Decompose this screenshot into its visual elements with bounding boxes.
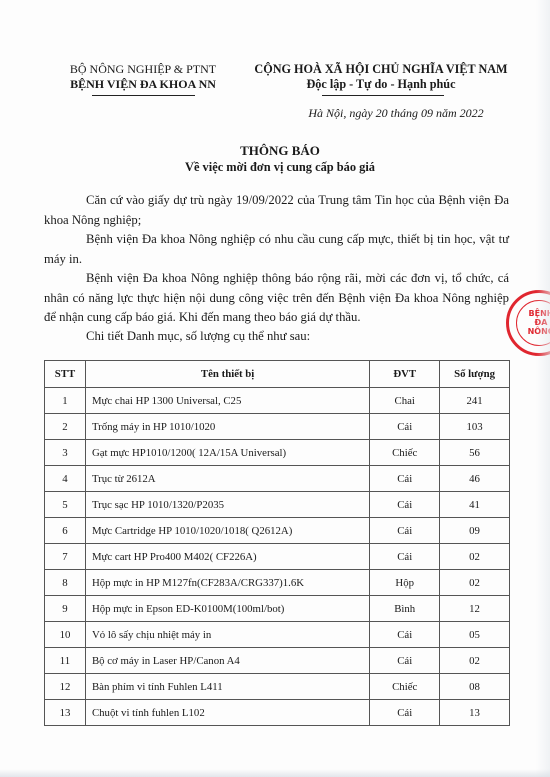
row-equipment-name: Gạt mực HP1010/1200( 12A/15A Universal)	[85, 440, 369, 466]
document-page: BỘ NÔNG NGHIỆP & PTNT BỆNH VIỆN ĐA KHOA …	[0, 0, 550, 777]
paragraph-basis: Căn cứ vào giấy dự trù ngày 19/09/2022 c…	[44, 191, 509, 230]
issuing-organization: BỘ NÔNG NGHIỆP & PTNT BỆNH VIỆN ĐA KHOA …	[58, 62, 228, 92]
paragraph-need: Bệnh viện Đa khoa Nông nghiệp có nhu cầu…	[44, 230, 509, 269]
table-row: 12Bàn phím vi tính Fuhlen L411Chiếc08	[45, 674, 510, 700]
row-unit: Cái	[370, 414, 440, 440]
row-quantity: 08	[440, 674, 510, 700]
table-row: 10Vỏ lô sấy chịu nhiệt máy inCái05	[45, 622, 510, 648]
row-stt: 5	[45, 492, 86, 518]
equipment-table: STT Tên thiết bị ĐVT Số lượng 1Mực chai …	[44, 360, 510, 726]
row-unit: Cái	[370, 518, 440, 544]
scan-edge-shadow	[536, 0, 550, 777]
row-equipment-name: Bộ cơ máy in Laser HP/Canon A4	[85, 648, 369, 674]
row-equipment-name: Trống máy in HP 1010/1020	[85, 414, 369, 440]
scan-bottom-shadow	[0, 769, 550, 777]
row-stt: 8	[45, 570, 86, 596]
row-quantity: 02	[440, 544, 510, 570]
country-name: CỘNG HOÀ XÃ HỘI CHỦ NGHĨA VIỆT NAM	[246, 62, 516, 77]
paragraph-details-intro: Chi tiết Danh mục, số lượng cụ thể như s…	[44, 327, 509, 347]
row-quantity: 241	[440, 388, 510, 414]
header-equipment-name: Tên thiết bị	[85, 361, 369, 388]
row-quantity: 46	[440, 466, 510, 492]
row-stt: 6	[45, 518, 86, 544]
paragraph-invitation: Bệnh viện Đa khoa Nông nghiệp thông báo …	[44, 269, 509, 328]
table-row: 11Bộ cơ máy in Laser HP/Canon A4Cái02	[45, 648, 510, 674]
header-stt: STT	[45, 361, 86, 388]
row-stt: 7	[45, 544, 86, 570]
hospital-name: BỆNH VIỆN ĐA KHOA NN	[58, 77, 228, 92]
row-equipment-name: Mực cart HP Pro400 M402( CF226A)	[85, 544, 369, 570]
row-quantity: 103	[440, 414, 510, 440]
row-unit: Cái	[370, 544, 440, 570]
row-stt: 3	[45, 440, 86, 466]
row-stt: 13	[45, 700, 86, 726]
row-quantity: 09	[440, 518, 510, 544]
motto: Độc lập - Tự do - Hạnh phúc	[246, 77, 516, 92]
table-row: 6Mực Cartridge HP 1010/1020/1018( Q2612A…	[45, 518, 510, 544]
table-row: 13Chuột vi tính fuhlen L102Cái13	[45, 700, 510, 726]
row-unit: Chai	[370, 388, 440, 414]
row-stt: 1	[45, 388, 86, 414]
table-header-row: STT Tên thiết bị ĐVT Số lượng	[45, 361, 510, 388]
row-stt: 2	[45, 414, 86, 440]
row-unit: Cái	[370, 466, 440, 492]
row-quantity: 02	[440, 570, 510, 596]
table-row: 4Trục từ 2612ACái46	[45, 466, 510, 492]
row-quantity: 02	[440, 648, 510, 674]
row-stt: 4	[45, 466, 86, 492]
row-unit: Cái	[370, 648, 440, 674]
row-unit: Cái	[370, 700, 440, 726]
row-equipment-name: Hộp mực in HP M127fn(CF283A/CRG337)1.6K	[85, 570, 369, 596]
motto-underline	[322, 95, 444, 96]
row-equipment-name: Bàn phím vi tính Fuhlen L411	[85, 674, 369, 700]
row-quantity: 41	[440, 492, 510, 518]
row-quantity: 05	[440, 622, 510, 648]
row-equipment-name: Trục từ 2612A	[85, 466, 369, 492]
table-row: 5Trục sạc HP 1010/1320/P2035Cái41	[45, 492, 510, 518]
table-row: 8Hộp mực in HP M127fn(CF283A/CRG337)1.6K…	[45, 570, 510, 596]
document-date: Hà Nội, ngày 20 tháng 09 năm 2022	[246, 106, 546, 121]
row-unit: Cái	[370, 492, 440, 518]
national-motto: CỘNG HOÀ XÃ HỘI CHỦ NGHĨA VIỆT NAM Độc l…	[246, 62, 516, 92]
table-row: 1Mực chai HP 1300 Universal, C25Chai241	[45, 388, 510, 414]
row-unit: Hộp	[370, 570, 440, 596]
row-equipment-name: Mực chai HP 1300 Universal, C25	[85, 388, 369, 414]
document-title: THÔNG BÁO	[0, 143, 550, 159]
row-quantity: 12	[440, 596, 510, 622]
table-row: 2Trống máy in HP 1010/1020Cái103	[45, 414, 510, 440]
row-stt: 9	[45, 596, 86, 622]
row-quantity: 13	[440, 700, 510, 726]
table-row: 7Mực cart HP Pro400 M402( CF226A)Cái02	[45, 544, 510, 570]
row-unit: Chiếc	[370, 440, 440, 466]
row-stt: 11	[45, 648, 86, 674]
row-quantity: 56	[440, 440, 510, 466]
row-equipment-name: Hộp mực in Epson ED-K0100M(100ml/bot)	[85, 596, 369, 622]
row-unit: Cái	[370, 622, 440, 648]
row-unit: Chiếc	[370, 674, 440, 700]
row-equipment-name: Vỏ lô sấy chịu nhiệt máy in	[85, 622, 369, 648]
row-equipment-name: Mực Cartridge HP 1010/1020/1018( Q2612A)	[85, 518, 369, 544]
header-unit: ĐVT	[370, 361, 440, 388]
table-row: 9Hộp mực in Epson ED-K0100M(100ml/bot)Bì…	[45, 596, 510, 622]
row-stt: 10	[45, 622, 86, 648]
table-row: 3Gạt mực HP1010/1200( 12A/15A Universal)…	[45, 440, 510, 466]
row-stt: 12	[45, 674, 86, 700]
header-quantity: Số lượng	[440, 361, 510, 388]
table-body: 1Mực chai HP 1300 Universal, C25Chai2412…	[45, 388, 510, 726]
row-unit: Bình	[370, 596, 440, 622]
document-subtitle: Về việc mời đơn vị cung cấp báo giá	[0, 160, 550, 175]
row-equipment-name: Chuột vi tính fuhlen L102	[85, 700, 369, 726]
ministry-name: BỘ NÔNG NGHIỆP & PTNT	[58, 62, 228, 77]
left-header-underline	[92, 95, 195, 96]
row-equipment-name: Trục sạc HP 1010/1320/P2035	[85, 492, 369, 518]
